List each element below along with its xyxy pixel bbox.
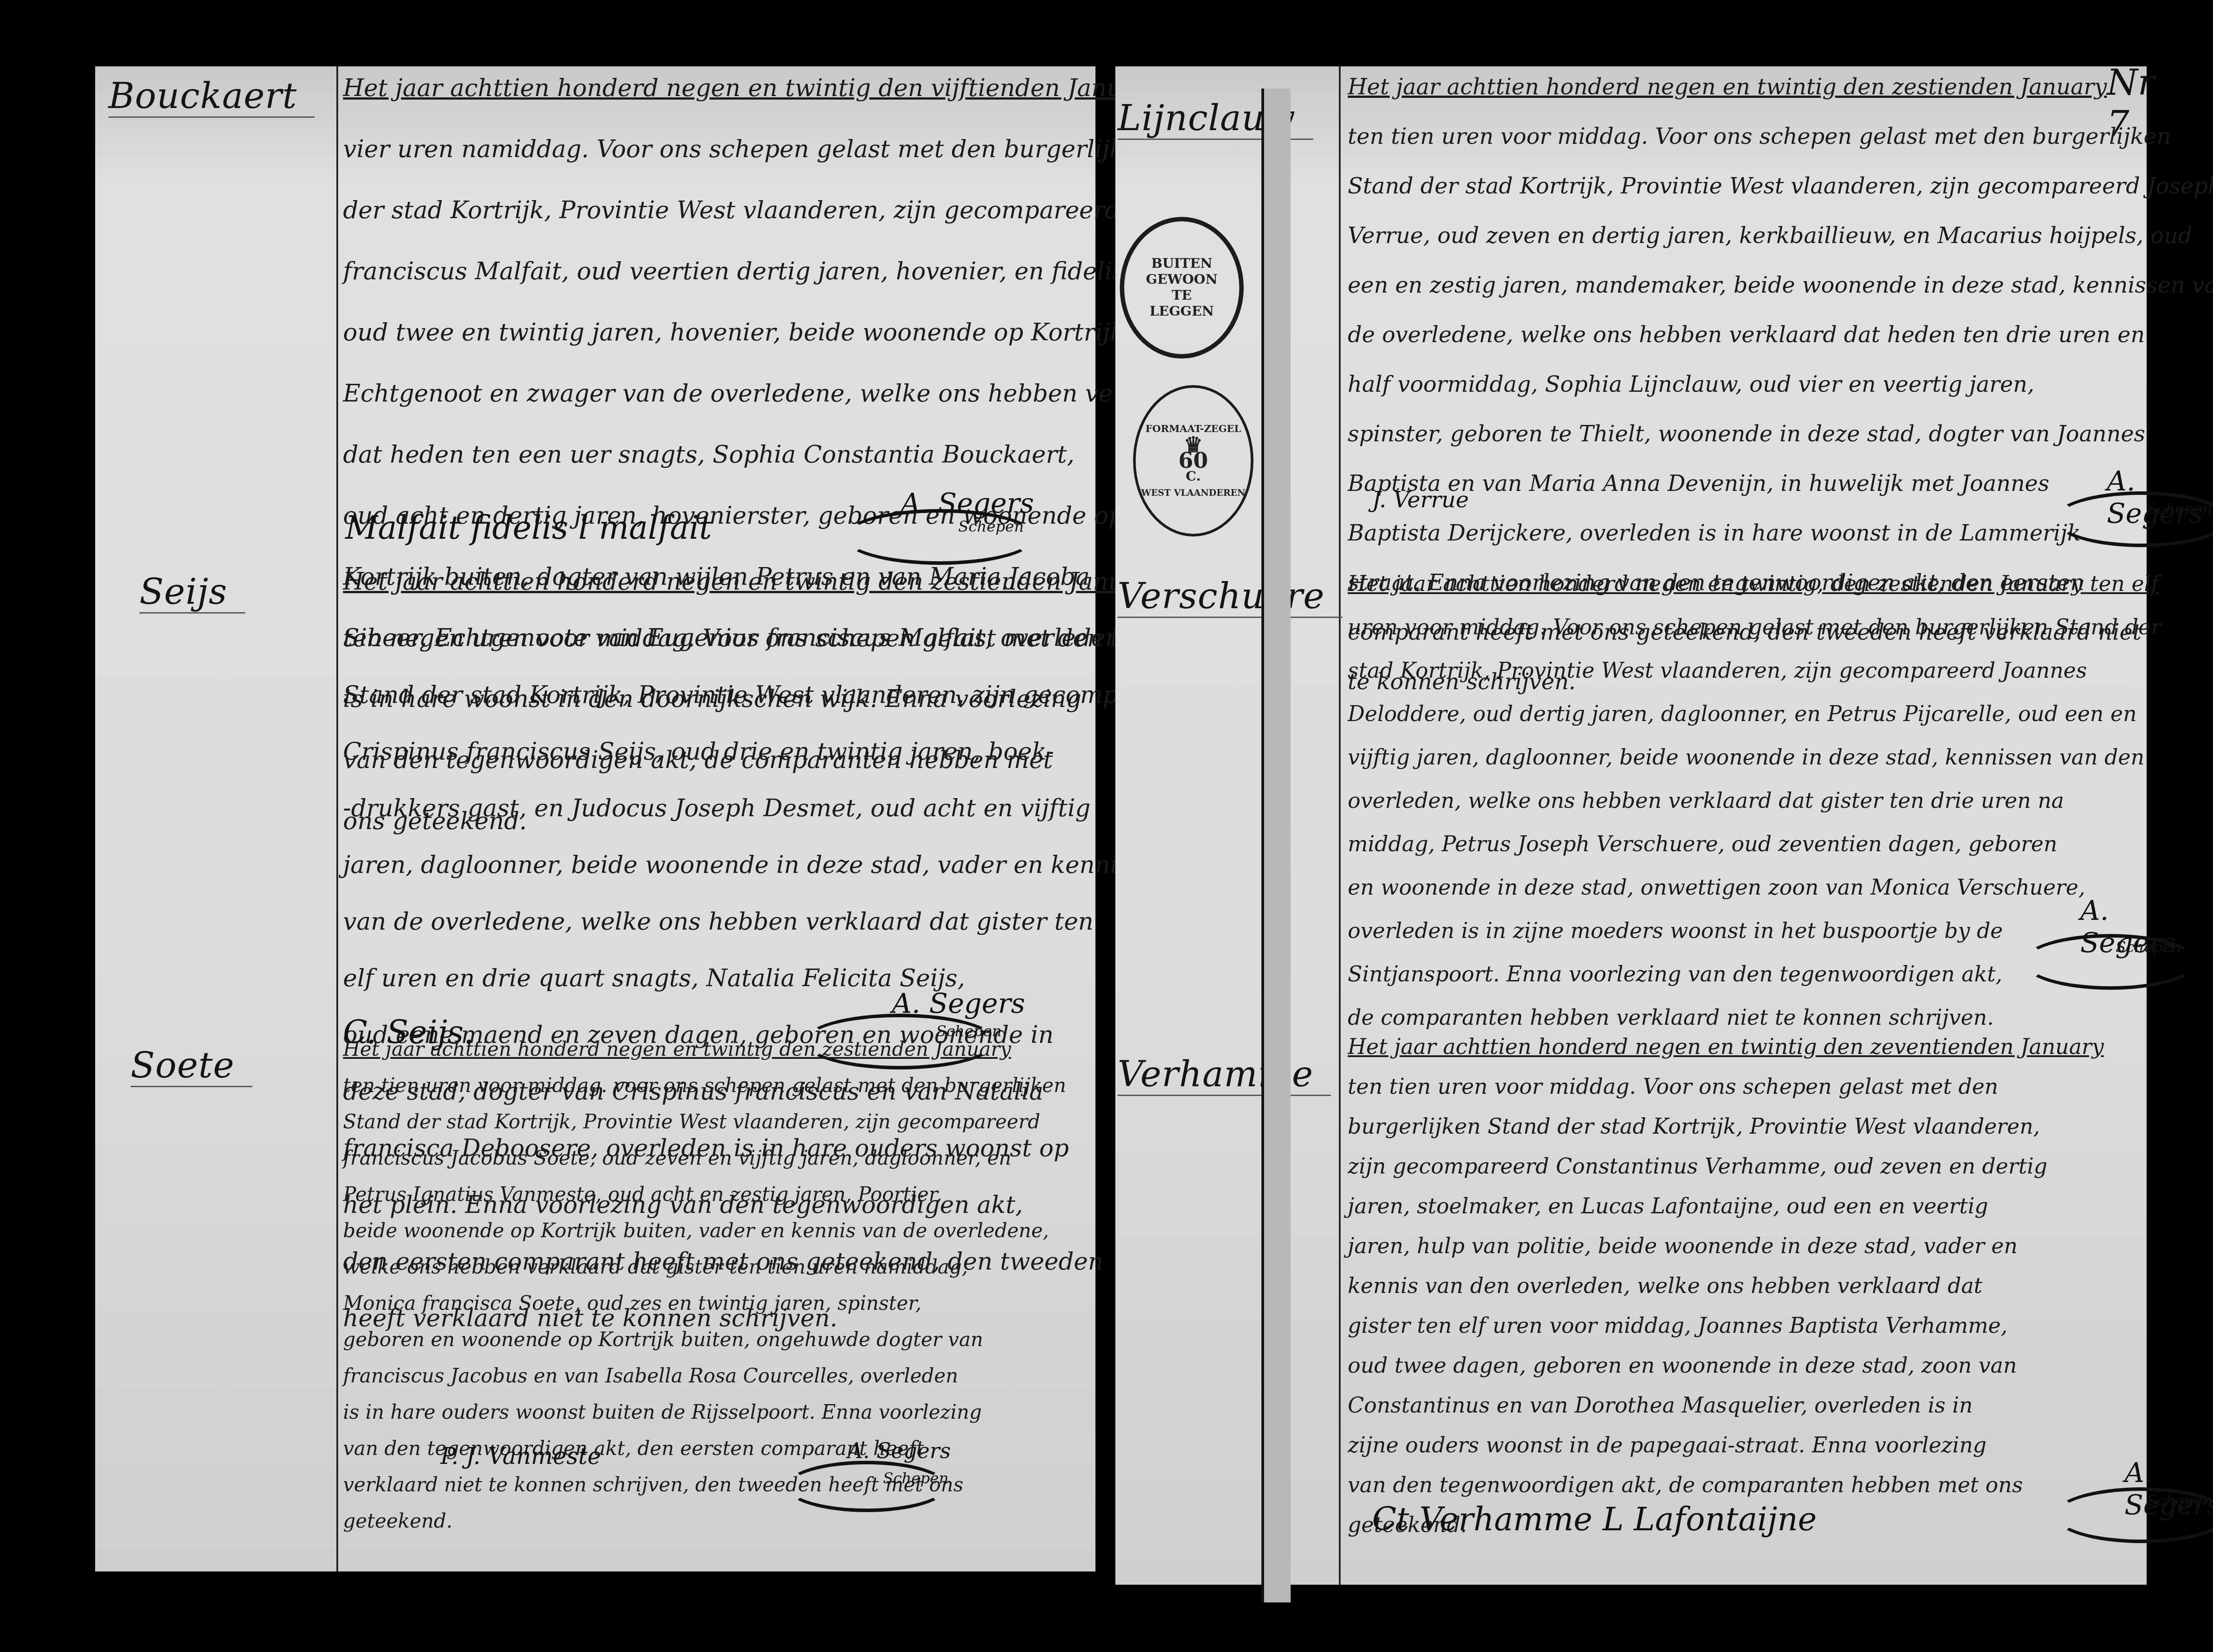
witness-signatures: J. Verrue — [1372, 487, 1469, 513]
entry-line: Het jaar achttien honderd negen en twint… — [343, 58, 1241, 119]
entry-line: van den tegenwoordigen akt, de comparant… — [1348, 1465, 2104, 1505]
entry-line: franciscus Jacobus en van Isabella Rosa … — [343, 1358, 1066, 1394]
entry-line: en woonende in deze stad, onwettigen zoo… — [1348, 866, 2161, 909]
entry-line: franciscus Jacobus Soete, oud zeven en v… — [343, 1140, 1066, 1177]
entry-line: ten tien uren voor middag. Voor ons sche… — [1348, 1067, 2104, 1107]
official-signature: A. Segers — [848, 1439, 951, 1463]
entry-line: Verrue, oud zeven en dertig jaren, kerkb… — [1348, 211, 2213, 260]
margin-name: Bouckaert — [108, 75, 315, 118]
margin-name: Seijs — [139, 571, 245, 614]
entry-body: Het jaar achttien honderd negen en twint… — [1348, 1027, 2104, 1545]
stamp-unit: C. — [1186, 469, 1201, 485]
stamp-value: 60 — [1179, 453, 1208, 469]
margin-rule — [1339, 66, 1341, 1585]
entry-line: zijn gecompareerd Constantinus Verhamme,… — [1348, 1146, 2104, 1186]
oval-tax-stamp: BUITEN GEWOON TE LEGGEN — [1120, 217, 1244, 359]
entry-line: Het jaar achttien honderd negen en twint… — [343, 1031, 1066, 1068]
margin-name: Verschuere — [1118, 575, 1342, 618]
entry-line: gister ten elf uren voor middag, Joannes… — [1348, 1306, 2104, 1346]
entry-line: Stand der stad Kortrijk, Provintie West … — [343, 1104, 1066, 1140]
entry-line: stad Kortrijk, Provintie West vlaanderen… — [1348, 649, 2161, 692]
entry-line: vijftig jaren, dagloonner, beide woonend… — [1348, 736, 2161, 779]
entry-line: kennis van den overleden, welke ons hebb… — [1348, 1266, 2104, 1306]
entry-line: de overledene, welke ons hebben verklaar… — [1348, 310, 2213, 359]
margin-name: Soete — [131, 1045, 252, 1087]
entry-line: Het jaar achttien honderd negen en twint… — [1348, 62, 2213, 112]
margin-rule — [336, 66, 338, 1571]
book-edge — [1261, 89, 1291, 1602]
entry-line: ten tien uren voor middag. voor ons sche… — [343, 1068, 1066, 1104]
entry-line: franciscus Malfait, oud veertien dertig … — [343, 241, 1241, 302]
entry-line: uren voor middag. Voor ons schepen gelas… — [1348, 606, 2161, 649]
entry-line: beide woonende op Kortrijk buiten, vader… — [343, 1213, 1066, 1249]
entry-line: verklaard niet te konnen schrijven, den … — [343, 1467, 1066, 1503]
entry-line: spinster, geboren te Thielt, woonende in… — [1348, 409, 2213, 459]
entry-line: Monica francisca Soete, oud zes en twint… — [343, 1285, 1066, 1322]
entry-line: burgerlijken Stand der stad Kortrijk, Pr… — [1348, 1107, 2104, 1146]
witness-signatures: Ct Verhamme L Lafontaijne — [1372, 1501, 1817, 1538]
entry-line: Het jaar achttien honderd negen en twint… — [1348, 1027, 2104, 1067]
entry-line: middag, Petrus Joseph Verschuere, oud ze… — [1348, 822, 2161, 866]
stamp-text: LEGGEN — [1149, 304, 1214, 320]
left-page: Bouckaert Het jaar achttien honderd nege… — [95, 66, 1095, 1571]
stamp-bottom-text: WEST VLAANDEREN — [1141, 485, 1245, 501]
entry-line: der stad Kortrijk, Provintie West vlaand… — [343, 180, 1241, 241]
entry-line: Deloddere, oud dertig jaren, dagloonner,… — [1348, 692, 2161, 736]
stamp-text: BUITEN — [1151, 256, 1212, 272]
entry-line: geboren en woonende op Kortrijk buiten, … — [343, 1322, 1066, 1358]
stamp-text: GEWOON — [1146, 272, 1218, 288]
entry-line: Petrus Ignatius Vanmeste, oud acht en ze… — [343, 1177, 1066, 1213]
entry-line: oud twee en twintig jaren, hovenier, bei… — [343, 302, 1241, 363]
entry-line: Constantinus en van Dorothea Masquelier,… — [1348, 1386, 2104, 1425]
official-title: Schepen — [2147, 500, 2212, 518]
entry-line: Stand der stad Kortrijk, Provintie West … — [1348, 161, 2213, 211]
entry-line: oud twee dagen, geboren en woonende in d… — [1348, 1346, 2104, 1386]
official-title: Schepen — [2147, 1492, 2212, 1509]
entry-line: jaren, stoelmaker, en Lucas Lafontaijne,… — [1348, 1186, 2104, 1226]
official-title: Schepen — [883, 1470, 948, 1487]
witness-signatures: P. J. Vanmeste — [440, 1443, 601, 1470]
stamp-text: TE — [1172, 288, 1191, 304]
entry-line: is in hare ouders woonst buiten de Rijss… — [343, 1394, 1066, 1431]
entry-line: jaren, hulp van politie, beide woonende … — [1348, 1226, 2104, 1266]
entry-line: half voormiddag, Sophia Lijnclauw, oud v… — [1348, 359, 2213, 409]
entry-line: ten tien uren voor middag. Voor ons sche… — [1348, 112, 2213, 161]
entry-line: Het jaar achttien honderd negen en twint… — [1348, 562, 2161, 606]
entry-line: welke ons hebben verklaard dat gister te… — [343, 1249, 1066, 1285]
entry-line: een en zestig jaren, mandemaker, beide w… — [1348, 260, 2213, 310]
entry-line: vier uren namiddag. Voor ons schepen gel… — [343, 119, 1241, 180]
entry-line: zijne ouders woonst in de papegaai-straa… — [1348, 1425, 2104, 1465]
entry-line: overleden, welke ons hebben verklaard da… — [1348, 779, 2161, 822]
entry-line: geteekend. — [343, 1503, 1066, 1540]
margin-name: Verhamme — [1118, 1054, 1331, 1096]
formaat-zegel-stamp: FORMAAT-ZEGEL ♛ 60 C. WEST VLAANDEREN — [1133, 385, 1253, 537]
witness-signatures: Malfait fidelis l malfait — [345, 509, 712, 546]
entry-line: dat heden ten een uer snagts, Sophia Con… — [343, 424, 1241, 485]
official-title: Schepen — [2116, 938, 2181, 956]
entry-line: Echtgenoot en zwager van de overledene, … — [343, 363, 1241, 424]
official-title: Schepen — [958, 518, 1024, 536]
